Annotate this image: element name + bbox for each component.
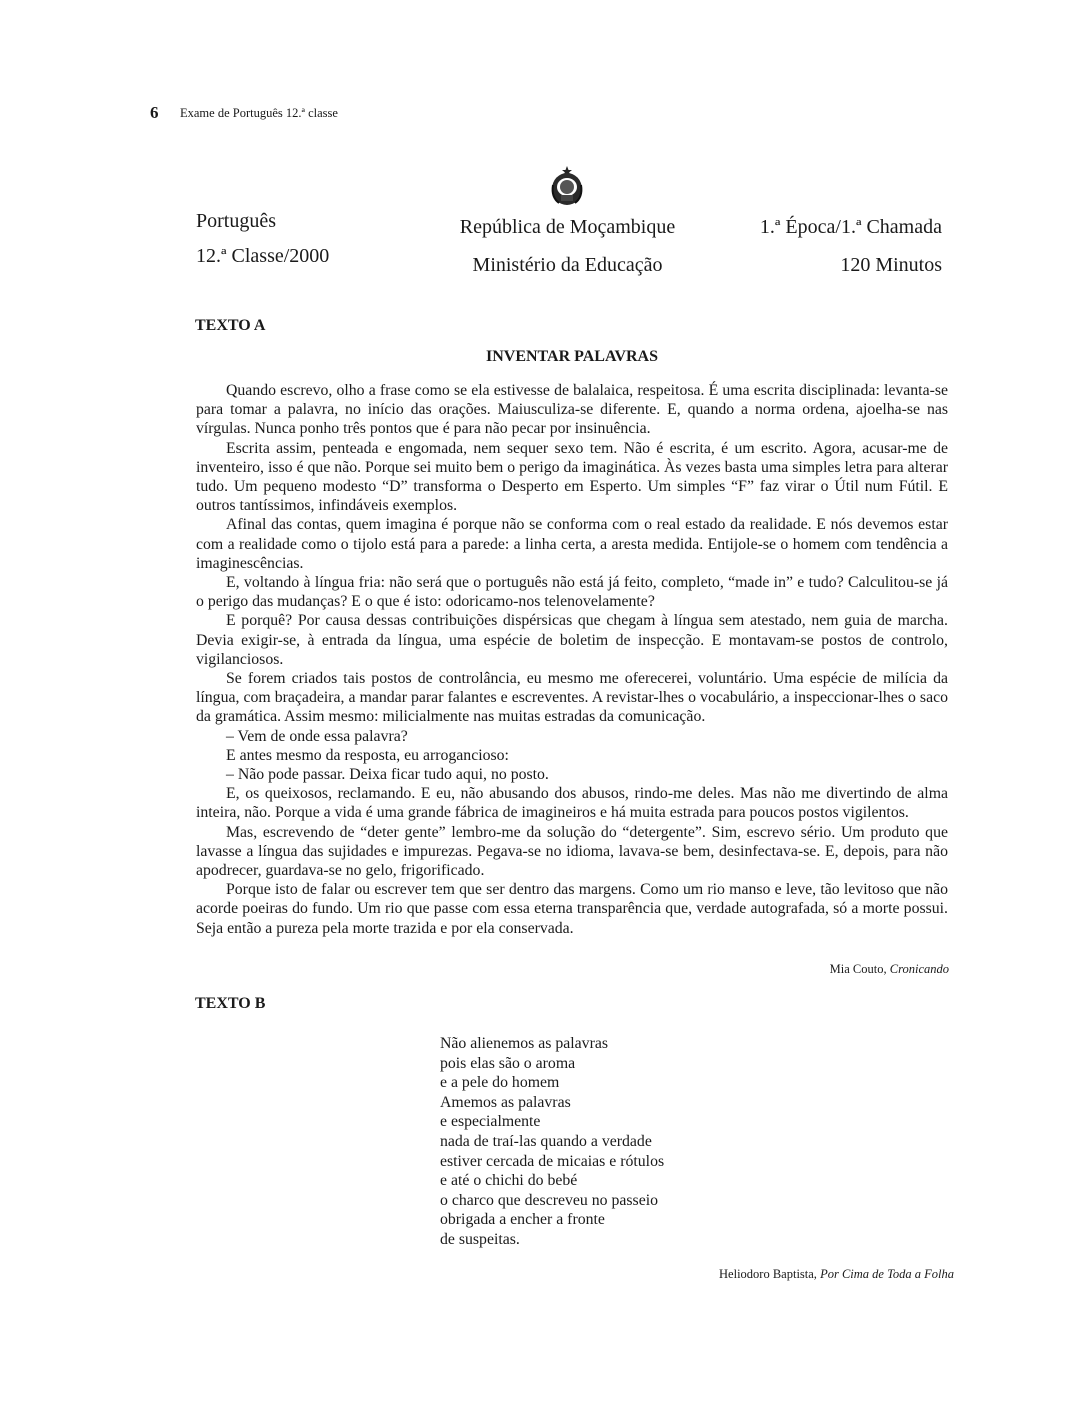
poem-line: obrigada a encher a fronte [440,1210,664,1230]
exam-duration: 120 Minutos [700,251,942,279]
paragraph: E, os queixosos, reclamando. E eu, não a… [196,784,948,822]
subject-block: Português 12.ª Classe/2000 [196,207,329,277]
page-number: 6 [150,103,159,123]
texto-a-label: TEXTO A [195,317,265,335]
poem-line: Não alienemos as palavras [440,1034,664,1054]
class-year: 12.ª Classe/2000 [196,242,329,270]
texto-a-body: Quando escrevo, olho a frase como se ela… [196,381,948,938]
session-block: 1.ª Época/1.ª Chamada 120 Minutos [700,213,942,289]
texto-b-credit: Heliodoro Baptista, Por Cima de Toda a F… [719,1267,954,1282]
running-header-title: Exame de Português 12.ª classe [180,106,338,121]
poem-line: estiver cercada de micaias e rótulos [440,1152,664,1172]
article-title: INVENTAR PALAVRAS [196,348,948,366]
poem-line: e a pele do homem [440,1073,664,1093]
poem-line: de suspeitas. [440,1230,664,1250]
dialog-line: – Não pode passar. Deixa ficar tudo aqui… [196,765,948,784]
poem-line: pois elas são o aroma [440,1054,664,1074]
paragraph: E porquê? Por causa dessas contribuições… [196,611,948,669]
credit-work: Por Cima de Toda a Folha [820,1267,954,1281]
credit-author: Heliodoro Baptista, [719,1267,820,1281]
paragraph: E antes mesmo da resposta, eu arrogancio… [196,746,948,765]
dialog-line: – Vem de onde essa palavra? [196,727,948,746]
paragraph: Quando escrevo, olho a frase como se ela… [196,381,948,439]
ministry-name: Ministério da Educação [430,251,705,279]
paragraph: Escrita assim, penteada e engomada, nem … [196,439,948,516]
coat-of-arms-icon [549,165,585,207]
poem-line: e até o chichi do bebé [440,1171,664,1191]
paragraph: Afinal das contas, quem imagina é porque… [196,515,948,573]
poem-line: Amemos as palavras [440,1093,664,1113]
country-name: República de Moçambique [430,213,705,241]
paragraph: Porque isto de falar ou escrever tem que… [196,880,948,938]
subject-name: Português [196,207,329,235]
texto-b-poem: Não alienemos as palavras pois elas são … [440,1034,664,1250]
institution-block: República de Moçambique Ministério da Ed… [430,213,705,289]
paragraph: E, voltando à língua fria: não será que … [196,573,948,611]
paragraph: Mas, escrevendo de “deter gente” lembro-… [196,823,948,881]
poem-line: e especialmente [440,1112,664,1132]
credit-work: Cronicando [890,962,949,976]
texto-a-credit: Mia Couto, Cronicando [830,962,949,977]
paragraph: Se forem criados tais postos de controlâ… [196,669,948,727]
poem-line: o charco que descreveu no passeio [440,1191,664,1211]
texto-b-label: TEXTO B [195,995,265,1013]
credit-author: Mia Couto, [830,962,890,976]
exam-session: 1.ª Época/1.ª Chamada [700,213,942,241]
poem-line: nada de traí-las quando a verdade [440,1132,664,1152]
